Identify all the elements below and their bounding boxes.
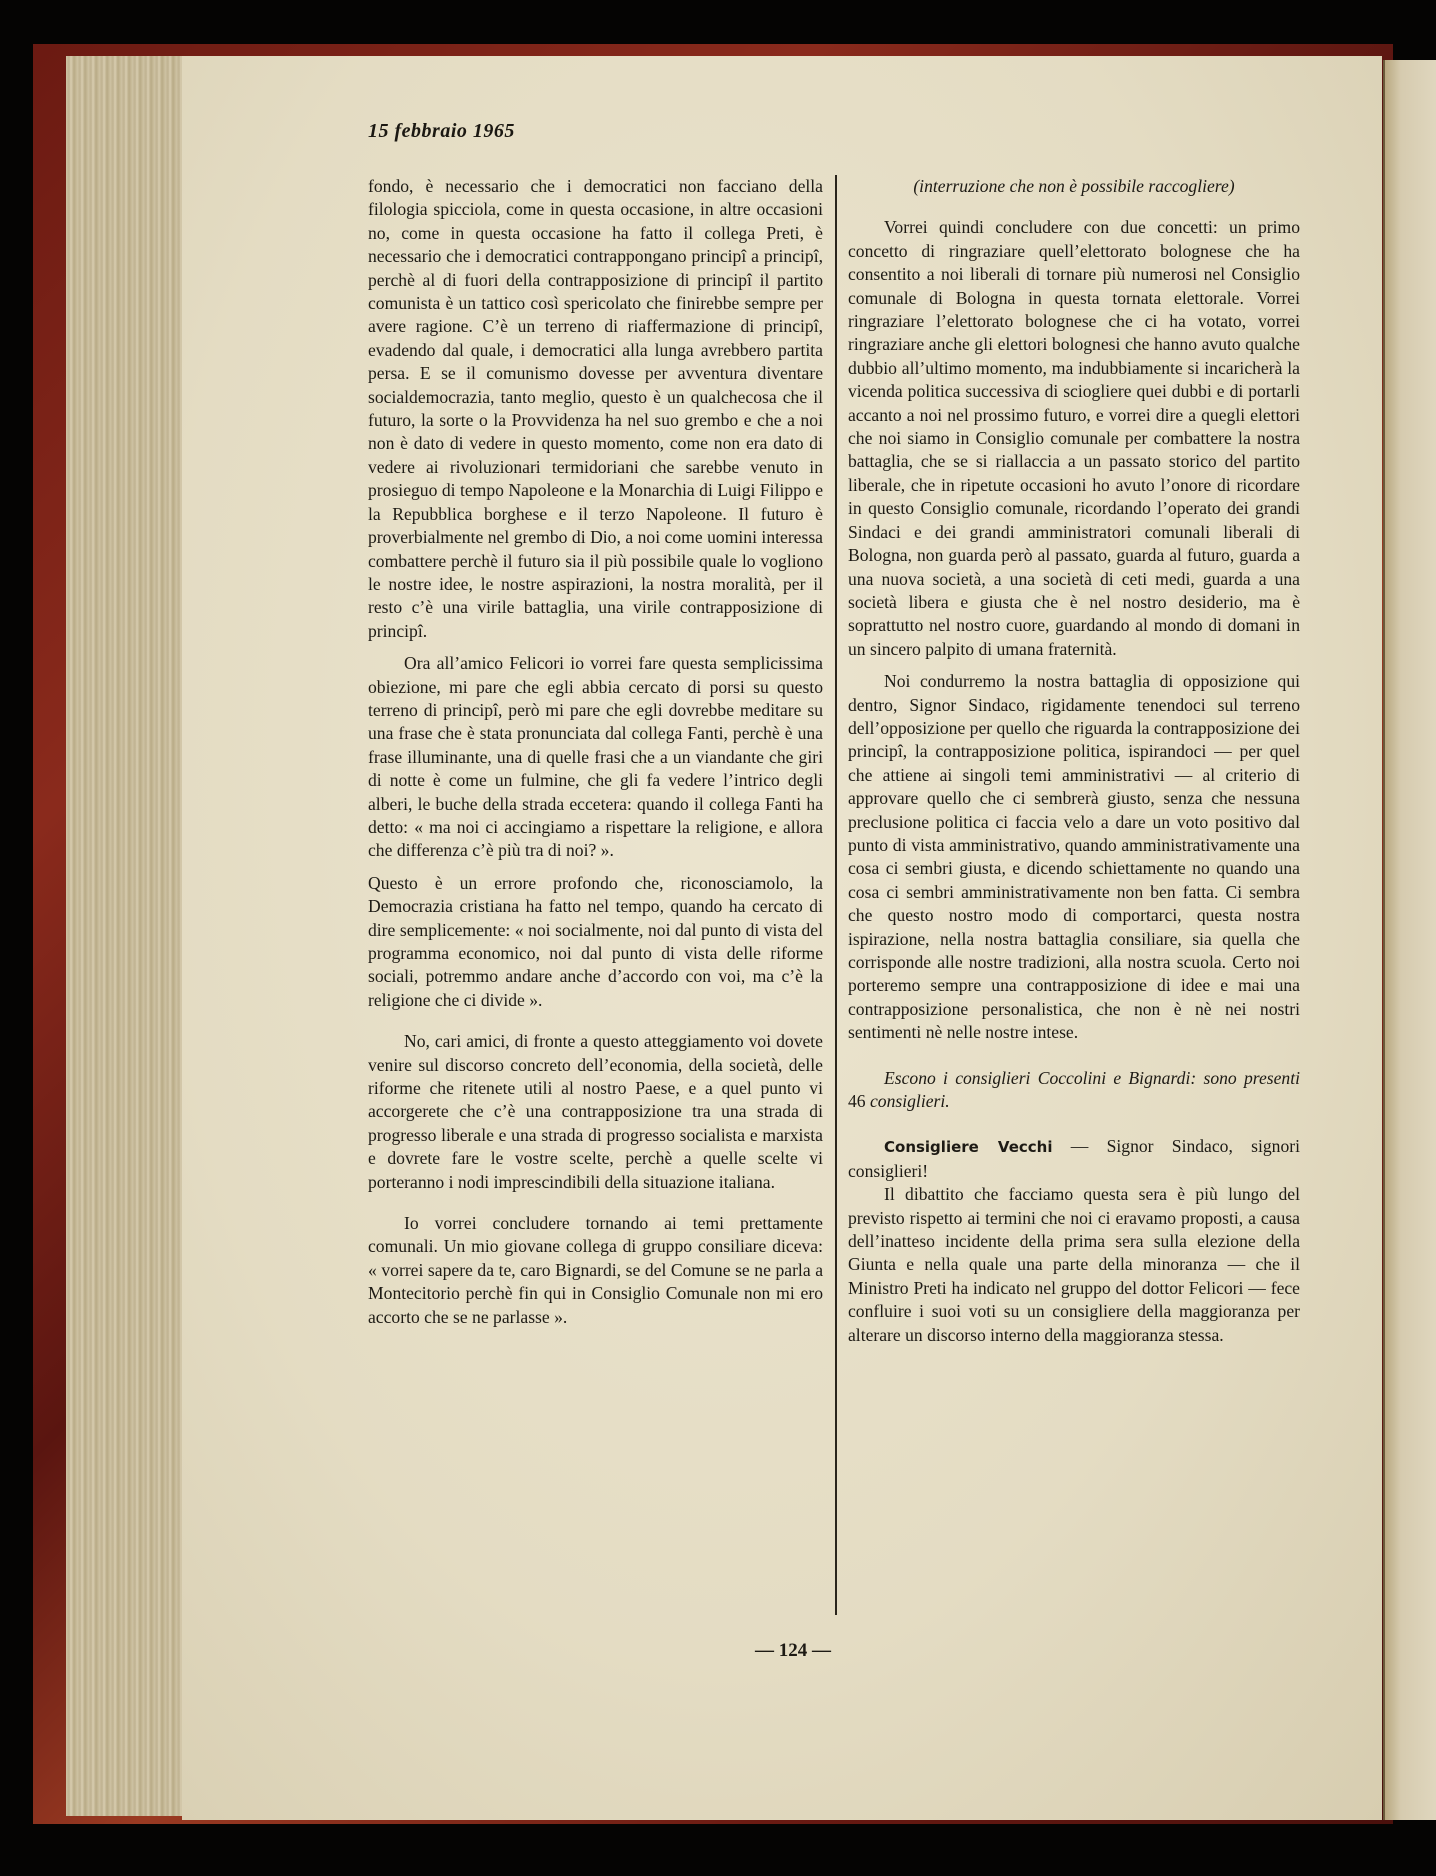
- paragraph: Io vorrei concludere tornando ai temi pr…: [368, 1212, 823, 1329]
- right-column: (interruzione che non è possibile raccog…: [848, 175, 1300, 1356]
- facing-page-edge: [1383, 60, 1436, 1820]
- paragraph: Ora all’amico Felicori io vorrei fare qu…: [368, 652, 823, 863]
- stage-direction-suffix: consiglieri.: [870, 1091, 950, 1111]
- speech-opening: Consigliere Vecchi — Signor Sindaco, sig…: [848, 1135, 1300, 1183]
- paragraph: Questo è un errore profondo che, riconos…: [368, 872, 823, 1012]
- paragraph: Il dibattito che facciamo questa sera è …: [848, 1183, 1300, 1347]
- column-divider: [835, 175, 837, 1615]
- paragraph: No, cari amici, di fronte a questo atteg…: [368, 1030, 823, 1194]
- running-head-date: 15 febbraio 1965: [368, 120, 515, 143]
- interruption-note: (interruzione che non è possibile raccog…: [848, 175, 1300, 198]
- stage-direction-prefix: sono presenti: [1203, 1068, 1300, 1088]
- stage-direction-line1: Escono i consiglieri Coccolini e Bignard…: [884, 1068, 1196, 1088]
- paragraph: fondo, è necessario che i democratici no…: [368, 175, 823, 643]
- stage-direction: Escono i consiglieri Coccolini e Bignard…: [848, 1067, 1300, 1114]
- paragraph: Vorrei quindi concludere con due concett…: [848, 216, 1300, 661]
- left-column: fondo, è necessario che i democratici no…: [368, 175, 823, 1338]
- page-number: — 124 —: [0, 1640, 1436, 1662]
- paragraph: Noi condurremo la nostra battaglia di op…: [848, 670, 1300, 1045]
- speaker-name: Consigliere Vecchi: [884, 1138, 1052, 1156]
- page-stack-edges: [66, 56, 184, 1816]
- councillors-present-count: 46: [848, 1091, 866, 1111]
